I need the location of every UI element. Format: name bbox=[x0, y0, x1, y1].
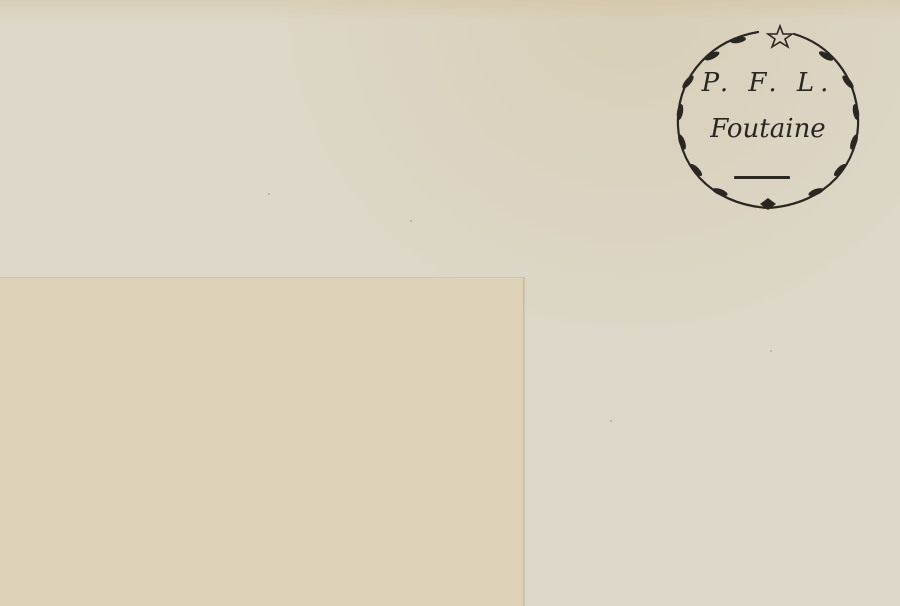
stamp-underline bbox=[734, 176, 790, 179]
star-icon bbox=[768, 26, 792, 47]
paper-speck bbox=[410, 220, 412, 222]
owner-stamp: P. F. L. Foutaine bbox=[668, 22, 868, 218]
paper-speck bbox=[610, 420, 612, 422]
stamp-initials: P. F. L. bbox=[668, 68, 868, 98]
paper-speck bbox=[268, 193, 270, 195]
stamp-name: Foutaine bbox=[668, 114, 868, 144]
pasted-sheet bbox=[0, 277, 524, 606]
paper-speck bbox=[770, 350, 772, 352]
